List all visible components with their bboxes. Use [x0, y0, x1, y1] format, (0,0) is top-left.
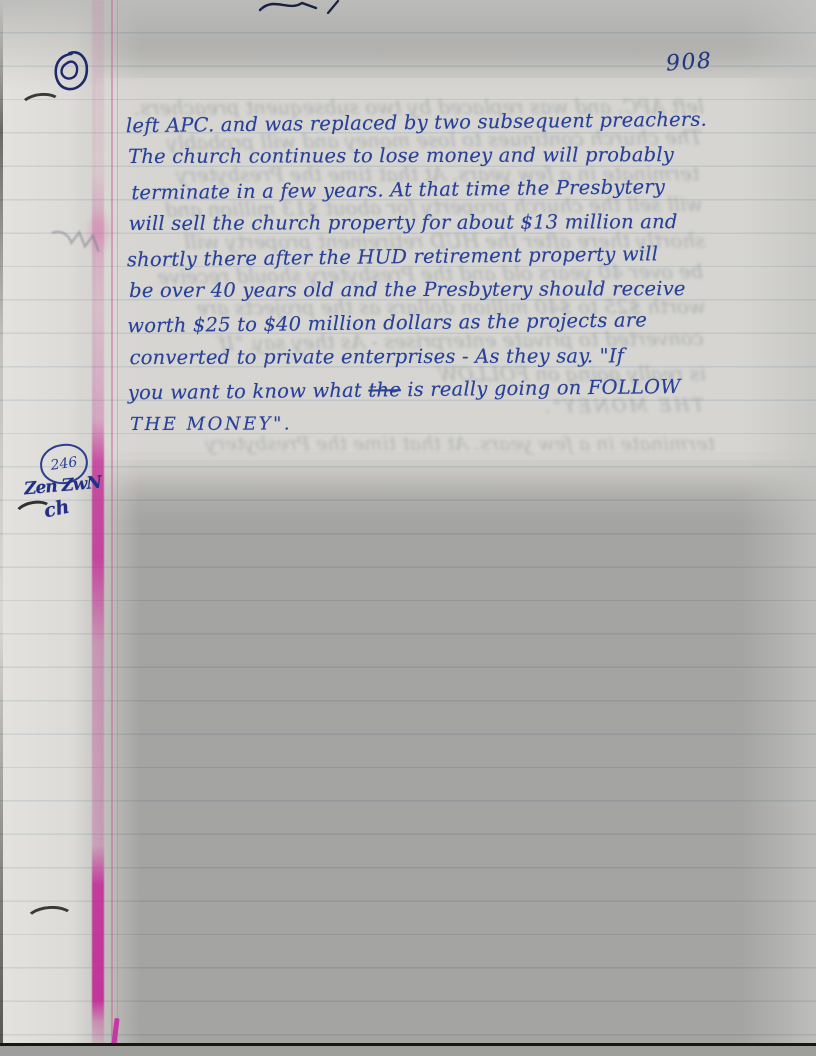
scan-left-edge — [0, 0, 3, 1045]
handwriting-line: shortly there after the HUD retirement p… — [127, 236, 708, 276]
struck-out-word: the — [368, 378, 401, 401]
pink-margin-smear — [92, 0, 104, 1045]
handwritten-note: left APC. and was replaced by two subseq… — [126, 104, 709, 442]
circled-scribble-doodle-icon — [49, 46, 95, 97]
scanned-handwritten-page: 908 left APC. and was replaced by two su… — [0, 0, 816, 1056]
handwriting-line: worth $25 to $40 million dollars as the … — [127, 303, 708, 343]
handwriting-line: converted to private enterprises - As th… — [130, 339, 709, 374]
pink-margin-line-secondary — [117, 0, 118, 1045]
cut-off-ink-stroke-icon — [258, 0, 354, 14]
handwriting-line-with-strikeout: you want to know what the is really goin… — [128, 370, 709, 410]
pink-margin-line — [111, 0, 113, 1045]
handwriting-line: THE MONEY". — [130, 405, 709, 440]
handwriting-text: you want to know what — [128, 379, 369, 405]
handwriting-line: will sell the church property for about … — [129, 205, 708, 240]
handwriting-line: terminate in a few years. At that time t… — [131, 169, 707, 209]
handwriting-line: The church continues to lose money and w… — [128, 138, 707, 173]
page-number: 908 — [665, 48, 713, 76]
handwriting-text: is really going on FOLLOW — [401, 375, 681, 401]
scan-below-edge — [0, 1046, 816, 1056]
handwriting-line: be over 40 years old and the Presbytery … — [129, 272, 708, 307]
handwriting-line: left APC. and was replaced by two subseq… — [126, 103, 707, 143]
circled-number-text: 246 — [50, 454, 79, 474]
